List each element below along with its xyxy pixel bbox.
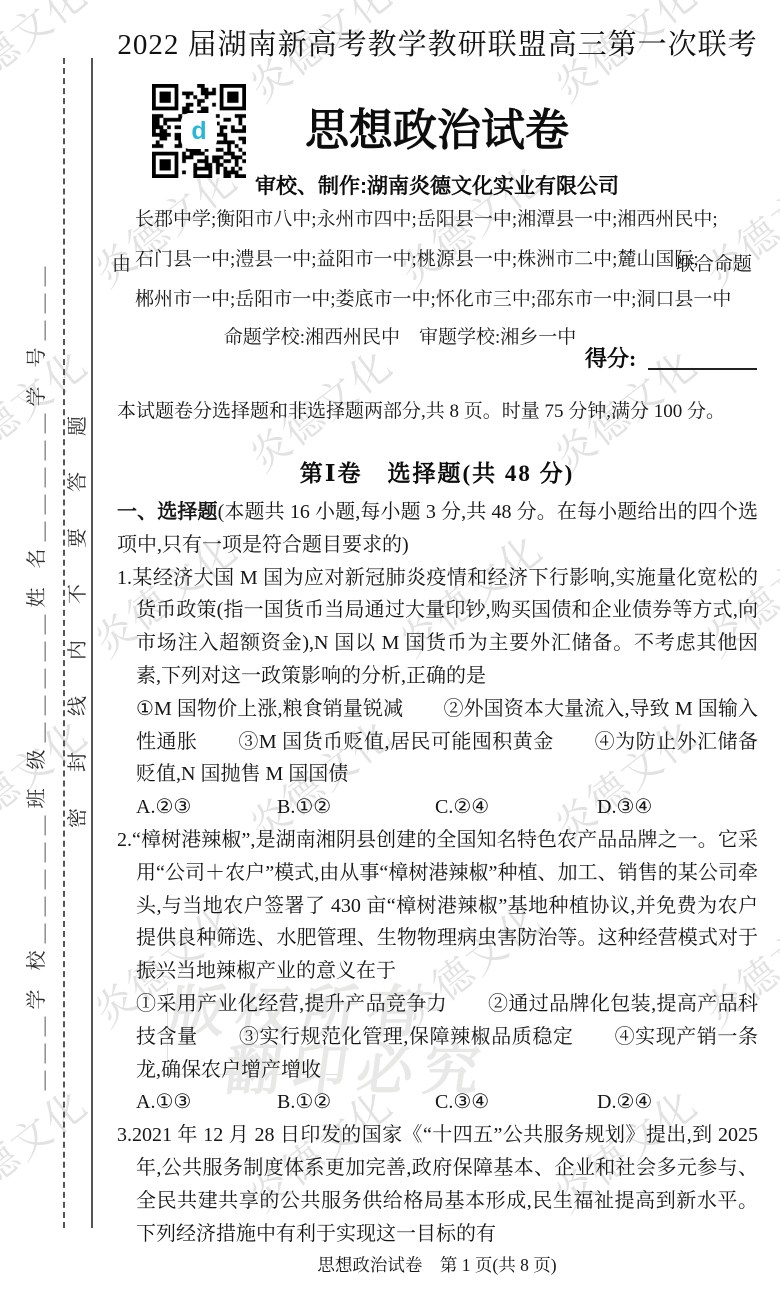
question-number: 2.: [117, 829, 132, 851]
paper-note: 本试题卷分选择题和非选择题两部分,共 8 页。时量 75 分钟,满分 100 分…: [117, 396, 760, 423]
question-2: 2.“樟树港辣椒”,是湖南湘阴县创建的全国知名特色农产品品牌之一。它采用“公司＋…: [117, 824, 758, 1119]
section1-intro: 一、选择题(本题共 16 小题,每小题 3 分,共 48 分。在每小题给出的四个…: [117, 496, 758, 562]
school-line: 长郡中学;衡阳市八中;永州市四中;岳阳县一中;湘潭县一中;湘西州民中;: [135, 200, 665, 240]
section1-intro-title: 一、选择题: [117, 501, 218, 523]
question-stem: 2.“樟树港辣椒”,是湖南湘阴县创建的全国知名特色农产品品牌之一。它采用“公司＋…: [136, 824, 758, 988]
score-label: 得分:: [585, 342, 636, 373]
question-items: ①M 国物价上涨,粮食销量锐减 ②外国资本大量流入,导致 M 国输入性通胀 ③M…: [136, 693, 758, 791]
joint-by-label: 由: [112, 249, 131, 276]
section1-heading: 第Ⅰ卷 选择题(共 48 分): [117, 455, 757, 488]
question-3: 3.2021 年 12 月 28 日印发的国家《“十四五”公共服务规划》提出,到…: [117, 1119, 758, 1250]
exam-paper-page: 炎德文化炎德文化炎德文化炎德文化炎德文化炎德文化炎德文化炎德文化炎德文化炎德文化…: [0, 0, 780, 1297]
question-number: 3.: [117, 1124, 132, 1146]
footer-page-info: 思想政治试卷 第 1 页(共 8 页): [117, 1252, 757, 1277]
questions-area: 一、选择题(本题共 16 小题,每小题 3 分,共 48 分。在每小题给出的四个…: [117, 496, 758, 1250]
paper-title: 思想政治试卷: [117, 94, 757, 158]
options-row: A.②③B.①②C.②④D.③④: [136, 791, 758, 824]
producer-line: 审校、制作:湖南炎德文化实业有限公司: [117, 170, 757, 200]
question-stem: 1.某经济大国 M 国为应对新冠肺炎疫情和经济下行影响,实施量化宽松的货币政策(…: [136, 562, 758, 693]
options-row: A.①③B.①②C.③④D.②④: [136, 1086, 758, 1119]
option-A: A.②③: [136, 791, 191, 824]
question-stem: 3.2021 年 12 月 28 日印发的国家《“十四五”公共服务规划》提出,到…: [136, 1119, 758, 1250]
seal-line-text: 密封线内不要答题: [61, 374, 93, 834]
school-line: 郴州市一中;岳阳市一中;娄底市一中;怀化市三中;邵东市一中;洞口县一中: [135, 280, 665, 320]
binding-student-fields: ＿＿＿学 校＿＿＿＿＿班 级＿＿＿＿＿姓 名＿＿＿＿＿学 号＿＿＿: [20, 125, 52, 1225]
option-D: D.③④: [597, 791, 652, 824]
option-D: D.②④: [597, 1086, 652, 1119]
diagonal-watermark: 炎德文化: [0, 0, 98, 113]
option-A: A.①③: [136, 1086, 191, 1119]
exam-session-title: 2022 届湖南新高考教学教研联盟高三第一次联考: [110, 22, 765, 63]
option-B: B.①②: [277, 1086, 331, 1119]
score-blank-line: [648, 344, 757, 370]
school-list: 长郡中学;衡阳市八中;永州市四中;岳阳县一中;湘潭县一中;湘西州民中;石门县一中…: [135, 200, 665, 320]
option-C: C.②④: [435, 791, 489, 824]
question-1: 1.某经济大国 M 国为应对新冠肺炎疫情和经济下行影响,实施量化宽松的货币政策(…: [117, 562, 758, 824]
option-B: B.①②: [277, 791, 331, 824]
school-line: 石门县一中;澧县一中;益阳市一中;桃源县一中;株洲市二中;麓山国际;: [135, 240, 665, 280]
question-number: 1.: [117, 567, 132, 589]
question-items: ①采用产业化经营,提升产品竞争力 ②通过品牌化包装,提高产品科技含量 ③实行规范…: [136, 988, 758, 1086]
option-C: C.③④: [435, 1086, 489, 1119]
